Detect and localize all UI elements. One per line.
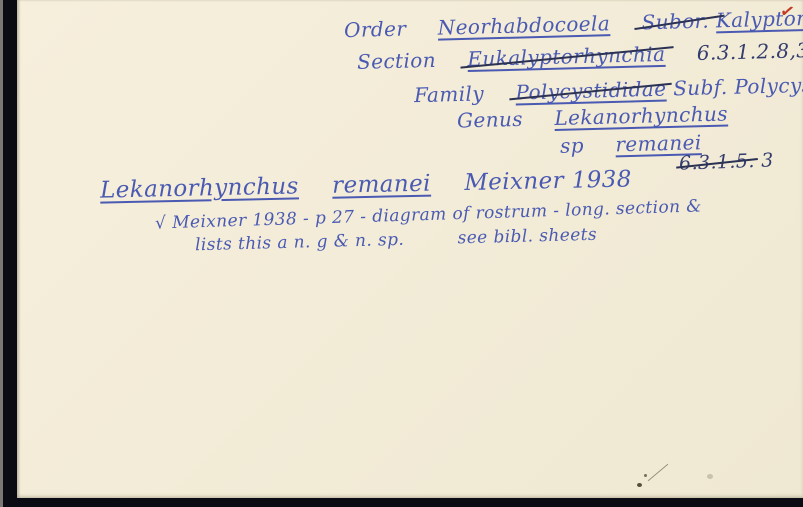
old-code-line: 6.3.1.5. 3 xyxy=(679,150,774,174)
order-value: Neorhabdocoela xyxy=(437,11,610,40)
ink-speck xyxy=(644,474,647,477)
scanned-index-card-photo: ✓ Order Neorhabdocoela Subor. Kalyptorhy… xyxy=(0,0,803,507)
section-label: Section xyxy=(357,48,437,74)
heading-author: Meixner 1938 xyxy=(464,166,632,196)
note-line-1: √ Meixner 1938 - p 27 - diagram of rostr… xyxy=(155,197,702,233)
note-see-sheets: see bibl. sheets xyxy=(457,225,597,249)
suborder-label-struck: Subor. xyxy=(641,10,709,34)
subfamily-value: Polycystidinae xyxy=(734,71,803,99)
order-label: Order xyxy=(344,17,407,43)
old-code-struck: 6.3.1.5. xyxy=(679,151,755,175)
family-value-struck: Polycystididae xyxy=(515,78,666,104)
taxonomy-line-section: Section Eukalyptorhynchia 6.3.1.2.8,3 xyxy=(357,39,803,73)
section-code: 6.3.1.2.8,3 xyxy=(697,38,803,65)
section-value: Eukalyptorhynchia xyxy=(467,43,665,70)
taxonomy-line-family: Family Polycystididae Subf. Polycystidin… xyxy=(414,72,803,106)
taxonomy-line-genus: Genus Lekanorhynchus xyxy=(457,102,728,131)
family-label: Family xyxy=(414,81,485,107)
paper-smudge xyxy=(707,474,713,479)
scan-edge-sliver xyxy=(0,0,3,507)
heading-genus: Lekanorhynchus xyxy=(100,173,299,203)
species-heading: Lekanorhynchus remanei Meixner 1938 xyxy=(100,167,632,203)
note-listing: lists this a n. g & n. sp. xyxy=(195,230,405,255)
heading-species: remanei xyxy=(332,171,431,199)
subfamily-label: Subf. xyxy=(673,75,728,100)
species-label: sp xyxy=(560,133,584,158)
genus-value: Lekanorhynchus xyxy=(554,101,728,130)
note-checkmark: √ xyxy=(155,213,167,233)
suborder-value: Kalyptorhynchia xyxy=(716,4,803,33)
genus-label: Genus xyxy=(457,107,523,133)
ink-speck xyxy=(637,483,642,487)
index-card: ✓ Order Neorhabdocoela Subor. Kalyptorhy… xyxy=(17,0,803,498)
taxonomy-line-order: Order Neorhabdocoela Subor. Kalyptorhync… xyxy=(344,5,803,41)
surface-scratch xyxy=(648,464,669,481)
note-citation: Meixner 1938 - p 27 - diagram of rostrum… xyxy=(172,196,702,233)
old-code-kept: 3 xyxy=(761,149,774,171)
